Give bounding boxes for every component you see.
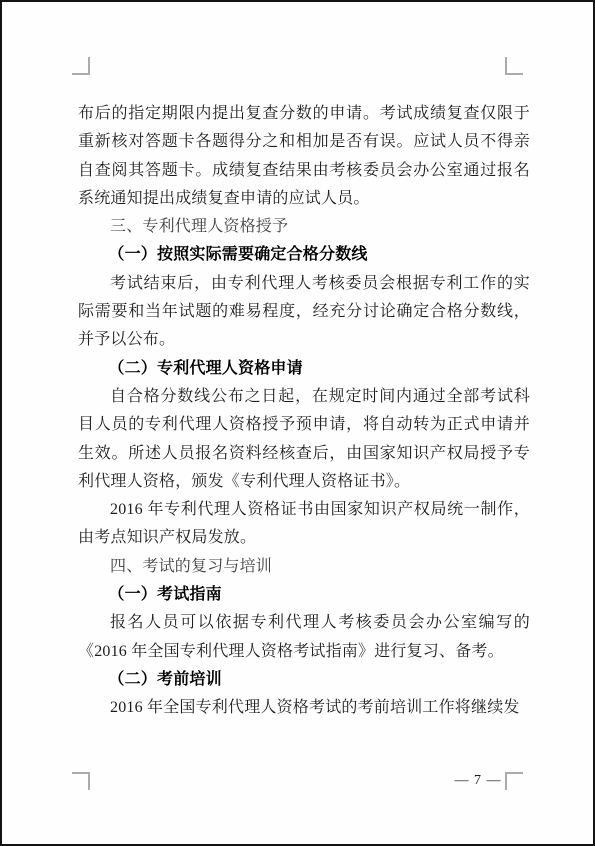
subsection-heading-exam-guide: （一）考试指南	[78, 581, 530, 609]
subsection-heading-qualification-application: （二）专利代理人资格申请	[78, 355, 530, 383]
crop-mark-top-left	[72, 57, 90, 75]
paragraph-qualification-application: 自合格分数线公布之日起，在规定时间内通过全部考试科目人员的专利代理人资格授予预申…	[78, 383, 530, 496]
paragraph-exam-guide: 报名人员可以依据专利代理人考核委员会办公室编写的《2016 年全国专利代理人资格…	[78, 609, 530, 666]
crop-mark-bottom-left	[72, 772, 90, 790]
document-body: 布后的指定期限内提出复查分数的申请。考试成绩复查仅限于重新核对答题卡各题得分之和…	[78, 100, 530, 723]
paragraph-pre-exam-training: 2016 年全国专利代理人资格考试的考前培训工作将继续发	[78, 694, 530, 722]
paragraph-certificate-issuance: 2016 年专利代理人资格证书由国家知识产权局统一制作，由考点知识产权局发放。	[78, 496, 530, 553]
crop-mark-top-right	[505, 57, 523, 75]
section-heading-review-training: 四、考试的复习与培训	[78, 553, 530, 581]
paragraph-passing-score: 考试结束后，由专利代理人考核委员会根据专利工作的实际需要和当年试题的难易程度，经…	[78, 270, 530, 355]
section-heading-qualification-grant: 三、专利代理人资格授予	[78, 213, 530, 241]
subsection-heading-pre-exam-training: （二）考前培训	[78, 666, 530, 694]
document-page: 布后的指定期限内提出复查分数的申请。考试成绩复查仅限于重新核对答题卡各题得分之和…	[0, 0, 595, 846]
page-number: — 7 —	[448, 771, 508, 791]
paragraph-score-review: 布后的指定期限内提出复查分数的申请。考试成绩复查仅限于重新核对答题卡各题得分之和…	[78, 100, 530, 213]
subsection-heading-passing-score: （一）按照实际需要确定合格分数线	[78, 241, 530, 269]
